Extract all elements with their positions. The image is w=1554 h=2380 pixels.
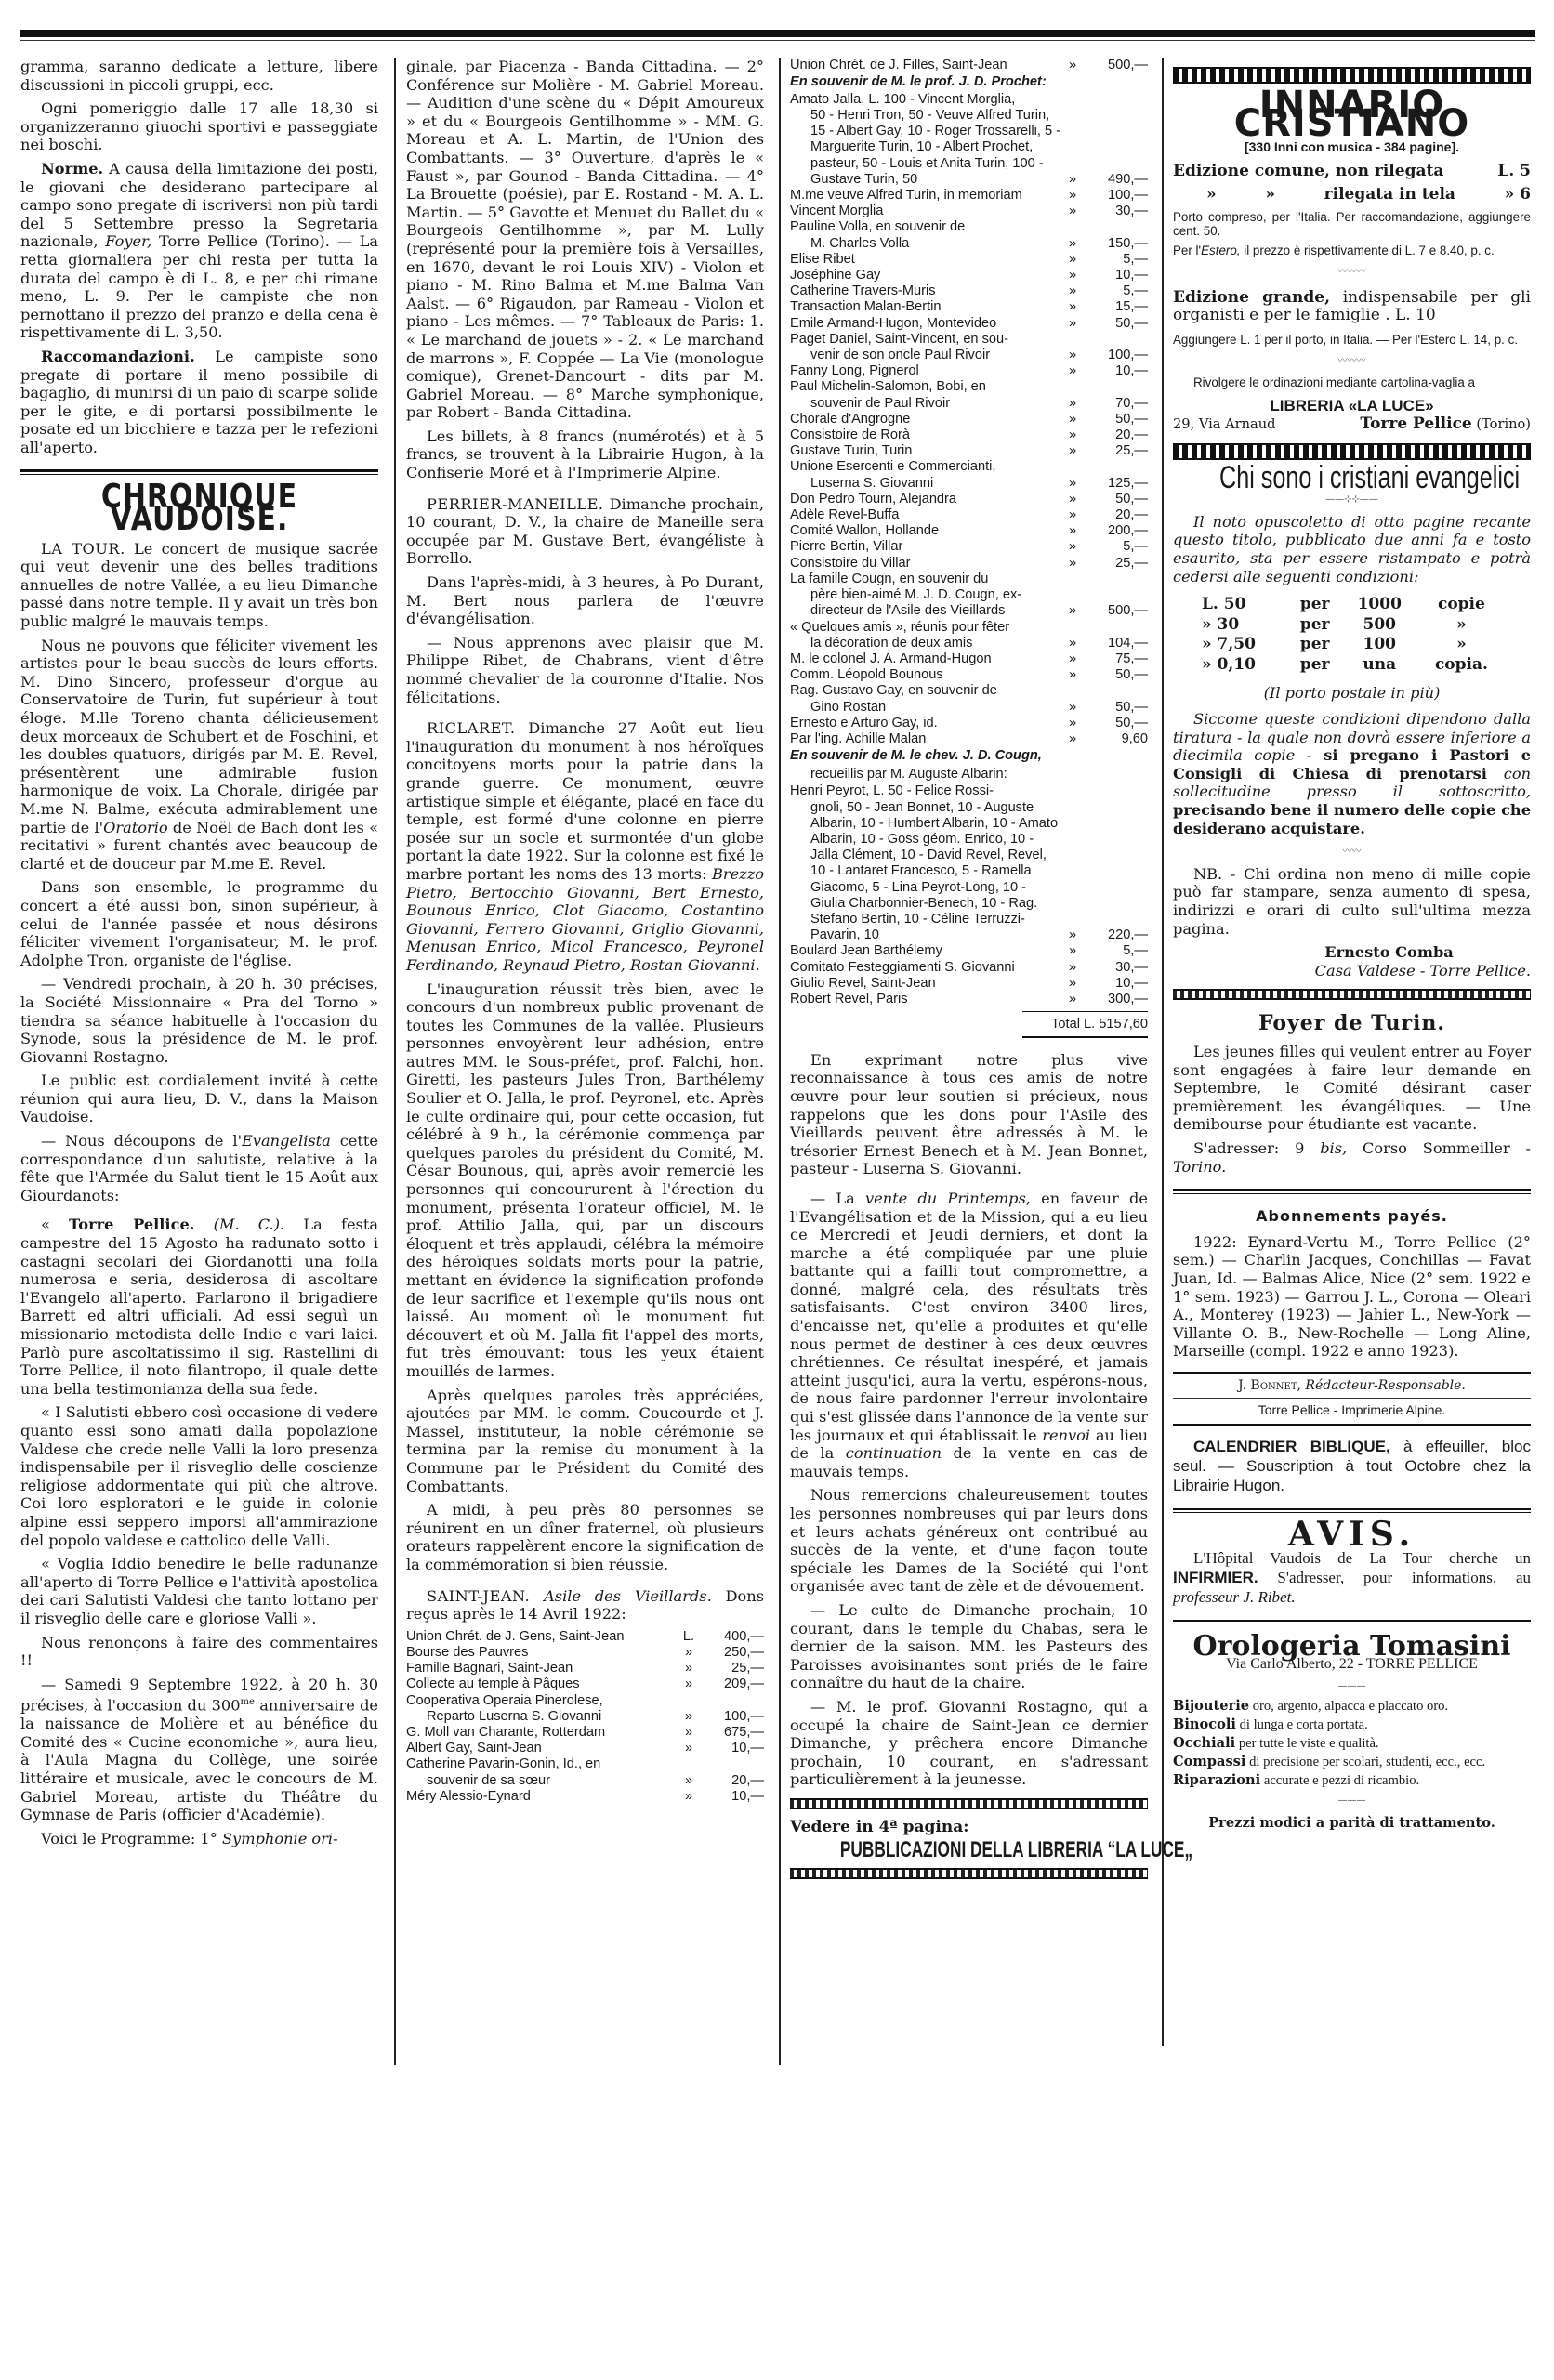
donor-name-text: Comité Wallon, Hollande: [790, 523, 939, 538]
price-cell: »: [1417, 635, 1506, 655]
place-heading: PERRIER-MANEILLE.: [427, 495, 604, 513]
ditto-mark: »: [1064, 363, 1081, 379]
orologeria-item: Riparazioni accurate e pezzi di ricambio…: [1173, 1773, 1531, 1788]
donor-name-text: « Quelques amis », réunis pour fêter: [790, 620, 1009, 635]
donation-amount: 25,—: [1081, 556, 1148, 572]
donation-amount: 220,—: [1081, 783, 1148, 943]
donation-row: Amato Jalla, L. 100 - Vincent Morglia,50…: [790, 92, 1148, 188]
donor-name: Catherine Travers-Muris: [790, 283, 1064, 299]
donation-amount: 10,—: [697, 1741, 764, 1756]
donor-name-text: Chorale d'Angrogne: [790, 412, 910, 427]
donation-amount: 100,—: [1081, 332, 1148, 363]
ditto-mark: »: [680, 1677, 697, 1692]
donor-name-cont: Luserna S. Giovanni: [790, 476, 1064, 492]
saint-jean-paragraph: SAINT-JEAN. Asile des Vieillards. Dons r…: [406, 1587, 764, 1624]
donation-row: Ernesto e Arturo Gay, id.»50,—: [790, 716, 1148, 731]
donation-row: Rag. Gustavo Gay, en souvenir deGino Ros…: [790, 683, 1148, 715]
donor-name-text: Famille Bagnari, Saint-Jean: [406, 1661, 573, 1676]
norme-paragraph: Norme. A causa della limitazione dei pos…: [20, 160, 378, 342]
donation-row: Comité Wallon, Hollande»200,—: [790, 523, 1148, 539]
paragraph: — Nous découpons de l'Evangelista cette …: [20, 1132, 378, 1204]
paragraph: En exprimant notre plus vive reconnaissa…: [790, 1051, 1148, 1178]
donor-name: Famille Bagnari, Saint-Jean: [406, 1661, 680, 1677]
item-key: Compassi: [1173, 1754, 1245, 1769]
column-2: ginale, par Piacenza - Banda Cittadina. …: [406, 58, 764, 1805]
donation-amount: 675,—: [697, 1725, 764, 1741]
paragraph: Siccome queste condizioni dipendono dall…: [1173, 710, 1531, 837]
price-cell: per: [1288, 615, 1342, 636]
innario-subtitle: [330 Inni con musica - 384 pagine].: [1173, 138, 1531, 157]
innario-title: INNARIO CRISTIANO: [1173, 97, 1531, 133]
price-row: Edizione comune, non rilegataL. 5: [1173, 163, 1531, 181]
donor-name-text: Paul Michelin-Salomon, Bobi, en: [790, 379, 986, 394]
donor-name-text: Paget Daniel, Saint-Vincent, en sou-: [790, 332, 1008, 347]
paragraph: NB. - Chi ordina non meno di mille copie…: [1173, 865, 1531, 938]
donation-row: Unione Esercenti e Commercianti,Luserna …: [790, 459, 1148, 491]
donor-name: Ernesto e Arturo Gay, id.: [790, 716, 1064, 731]
donation-row: Bourse des Pauvres»250,—: [406, 1645, 764, 1661]
ditto-mark: »: [1064, 651, 1081, 667]
price-row: » 7,50per100»: [1198, 635, 1506, 655]
donor-name-text: Fanny Long, Pignerol: [790, 363, 919, 378]
donations-total: Total L. 5157,60: [1022, 1011, 1148, 1034]
ditto-mark: »: [680, 1645, 697, 1661]
donor-name: Giulio Revel, Saint-Jean: [790, 976, 1064, 992]
donation-amount: 25,—: [697, 1661, 764, 1677]
ditto-mark: »: [1064, 716, 1081, 731]
paragraph: Il noto opuscoletto di otto pagine recan…: [1173, 513, 1531, 585]
price-cell: per: [1288, 595, 1342, 615]
donation-row: Don Pedro Tourn, Alejandra»50,—: [790, 492, 1148, 507]
donor-name-cont: souvenir de Paul Rivoir: [790, 396, 1064, 412]
donor-name-text: Consistoire de Rorà: [790, 427, 910, 442]
donation-amount: 250,—: [697, 1645, 764, 1661]
ditto-mark: »: [1064, 316, 1081, 332]
paragraph: Nous renonçons à faire des commentaires …: [20, 1634, 378, 1670]
donation-row: « Quelques amis », réunis pour fêterla d…: [790, 620, 1148, 651]
donor-name-text: Robert Revel, Paris: [790, 992, 908, 1006]
item-text: di lunga e corta portata.: [1236, 1717, 1368, 1732]
donor-name: Comm. Léopold Bounous: [790, 667, 1064, 683]
donor-name: Paget Daniel, Saint-Vincent, en sou-veni…: [790, 332, 1064, 363]
donor-name-text: Pauline Volla, en souvenir de: [790, 219, 965, 234]
column-1: gramma, saranno dedicate a letture, libe…: [20, 58, 378, 1853]
imprint: J. Bonnet, Rédacteur-Responsable. Torre …: [1173, 1372, 1531, 1426]
donor-name: Pauline Volla, en souvenir deM. Charles …: [790, 219, 1064, 251]
donation-row: Elise Ribet»5,—: [790, 252, 1148, 268]
ditto-mark: »: [1064, 539, 1081, 555]
donor-name-cont: 50 - Henri Tron, 50 - Veuve Alfred Turin…: [790, 108, 1064, 188]
donor-name: Chorale d'Angrogne: [790, 412, 1064, 427]
donation-row: Boulard Jean Barthélemy»5,—: [790, 943, 1148, 959]
paragraph: Ogni pomeriggio dalle 17 alle 18,30 si o…: [20, 99, 378, 154]
section-divider: [1173, 1189, 1531, 1194]
paragraph: S'adresser: 9 bis, Corso Sommeiller - To…: [1173, 1139, 1531, 1176]
donor-name: Joséphine Gay: [790, 268, 1064, 283]
donor-name: Adèle Revel-Buffa: [790, 507, 1064, 523]
donor-name-text: Consistoire du Villar: [790, 556, 911, 571]
item-text: accurate e pezzi di ricambio.: [1260, 1773, 1419, 1788]
donation-amount: 490,—: [1081, 92, 1148, 188]
donor-name: Collecte au temple à Pâques: [406, 1677, 680, 1692]
donation-amount: 15,—: [1081, 299, 1148, 315]
la-tour-paragraph: LA TOUR. Le concert de musique sacrée qu…: [20, 540, 378, 631]
donation-row: Robert Revel, Paris»300,—: [790, 992, 1148, 1007]
vedere-label: Vedere in 4ª pagina:: [790, 1819, 1148, 1837]
donation-amount: 50,—: [1081, 412, 1148, 427]
donation-row: Famille Bagnari, Saint-Jean»25,—: [406, 1661, 764, 1677]
donor-name-text: Joséphine Gay: [790, 268, 880, 283]
porto-note: (Il porto postale in più): [1173, 684, 1531, 703]
donation-row: Union Chrét. de J. Filles, Saint-Jean»50…: [790, 58, 1148, 73]
donor-name-text: Par l'ing. Achille Malan: [790, 731, 926, 746]
price-cell: »: [1417, 615, 1506, 636]
donation-amount: 5,—: [1081, 252, 1148, 268]
note: Per l'Estero, il prezzo è rispettivament…: [1173, 243, 1531, 257]
donor-name: Catherine Pavarin-Gonin, Id., ensouvenir…: [406, 1756, 680, 1788]
ornament-divider: [790, 1868, 1148, 1879]
donation-amount: 50,—: [1081, 316, 1148, 332]
paragraph: L'inauguration réussit très bien, avec l…: [406, 980, 764, 1381]
donor-name: Comité Wallon, Hollande: [790, 523, 1064, 539]
donor-name-text: M. le colonel J. A. Armand-Hugon: [790, 651, 992, 666]
item-text: di precisione per scolari, studenti, ecc…: [1245, 1755, 1485, 1769]
ditto-mark: »: [1064, 976, 1081, 992]
donation-amount: 20,—: [1081, 427, 1148, 443]
paragraph: — La vente du Printemps, en faveur de l'…: [790, 1190, 1148, 1481]
place-heading: RICLARET.: [427, 719, 515, 737]
price-cell: 1000: [1342, 595, 1417, 615]
ditto-mark: »: [1064, 92, 1081, 188]
price-cell: una: [1342, 655, 1417, 676]
donation-row: Comitato Festeggiamenti S. Giovanni»30,—: [790, 960, 1148, 976]
column-divider: [394, 58, 396, 2065]
paragraph: Dans l'après-midi, à 3 heures, à Po Dura…: [406, 573, 764, 628]
paragraph: — M. le prof. Giovanni Rostagno, qui a o…: [790, 1698, 1148, 1789]
donation-amount: 100,—: [697, 1693, 764, 1725]
top-rule: [20, 30, 1535, 37]
ditto-mark: »: [1064, 188, 1081, 204]
donor-name: M.me veuve Alfred Turin, in memoriam: [790, 188, 1064, 204]
ornament-divider: [790, 1798, 1148, 1809]
orologeria-address: Via Carlo Alberto, 22 - TORRE PELLICE: [1173, 1655, 1531, 1674]
chi-sono-title: Chi sono i cristiani evangelici: [1219, 469, 1484, 488]
donor-name-text: Adèle Revel-Buffa: [790, 507, 899, 522]
donor-name: Elise Ribet: [790, 252, 1064, 268]
ditto-mark: »: [1064, 299, 1081, 315]
donor-name-text: La famille Cougn, en souvenir du: [790, 572, 988, 586]
donor-name: Paul Michelin-Salomon, Bobi, ensouvenir …: [790, 379, 1064, 411]
libreria-address: 29, Via ArnaudTorre Pellice (Torino): [1173, 415, 1531, 434]
donor-name: Gustave Turin, Turin: [790, 443, 1064, 459]
donor-name: Amato Jalla, L. 100 - Vincent Morglia,50…: [790, 92, 1064, 188]
donor-name: Méry Alessio-Eynard: [406, 1789, 680, 1805]
price-row: » 0,10perunacopia.: [1198, 655, 1506, 676]
note: Rivolgere le ordinazioni mediante cartol…: [1173, 375, 1531, 389]
ditto-mark: »: [1064, 283, 1081, 299]
ditto-mark: »: [1064, 731, 1081, 747]
donation-amount: 10,—: [1081, 363, 1148, 379]
donor-name: Boulard Jean Barthélemy: [790, 943, 1064, 959]
donation-row: Adèle Revel-Buffa»20,—: [790, 507, 1148, 523]
donor-name-text: Méry Alessio-Eynard: [406, 1789, 531, 1804]
place-heading: SAINT-JEAN.: [427, 1587, 530, 1605]
ornament-divider: [1173, 67, 1531, 84]
norme-label: Norme.: [41, 160, 103, 178]
ditto-mark: »: [1064, 507, 1081, 523]
ditto-mark: »: [1064, 412, 1081, 427]
ditto-mark: »: [1064, 252, 1081, 268]
tilde-divider: 〰〰〰: [1173, 263, 1531, 282]
paragraph: 1922: Eynard-Vertu M., Torre Pellice (2°…: [1173, 1233, 1531, 1361]
donation-row: Cooperativa Operaia Pinerolese,Reparto L…: [406, 1693, 764, 1725]
donor-name-cont: Reparto Luserna S. Giovanni: [406, 1709, 680, 1725]
donations-table: Union Chrét. de J. Gens, Saint-JeanL.400…: [406, 1629, 764, 1805]
donation-row: Paul Michelin-Salomon, Bobi, ensouvenir …: [790, 379, 1148, 411]
donor-name-text: Henri Peyrot, L. 50 - Felice Rossi-: [790, 783, 994, 798]
column-divider: [1162, 58, 1164, 2046]
section-title-chronique-vaudoise: CHRONIQUE VAUDOISE.: [20, 487, 378, 531]
orologeria-title: Orologeria Tomasini: [1173, 1637, 1531, 1656]
item-key: Occhiali: [1173, 1735, 1235, 1751]
donor-name-text: Amato Jalla, L. 100 - Vincent Morglia,: [790, 92, 1015, 107]
paragraph: A midi, à peu près 80 personnes se réuni…: [406, 1501, 764, 1573]
paragraph: « Voglia Iddio benedire le belle radunan…: [20, 1555, 378, 1627]
avis-title: AVIS.: [1173, 1526, 1531, 1545]
donation-row: M. le colonel J. A. Armand-Hugon»75,—: [790, 651, 1148, 667]
donor-name-text: M.me veuve Alfred Turin, in memoriam: [790, 188, 1022, 203]
ditto-mark: »: [1064, 667, 1081, 683]
donation-row: Union Chrét. de J. Gens, Saint-JeanL.400…: [406, 1629, 764, 1645]
donation-row: Catherine Travers-Muris»5,—: [790, 283, 1148, 299]
donor-name-cont: la décoration de deux amis: [790, 636, 1064, 651]
donor-name: Albert Gay, Saint-Jean: [406, 1741, 680, 1756]
donation-amount: 5,—: [1081, 943, 1148, 959]
ditto-mark: »: [1064, 620, 1081, 651]
paragraph: Les billets, à 8 francs (numérotés) et à…: [406, 427, 764, 482]
donation-amount: 5,—: [1081, 283, 1148, 299]
paragraph: Voici le Programme: 1° Symphonie ori-: [20, 1830, 378, 1848]
donation-amount: 10,—: [1081, 268, 1148, 283]
donation-row: Joséphine Gay»10,—: [790, 268, 1148, 283]
item-text: per tutte le viste e qualità.: [1235, 1736, 1378, 1751]
orologeria-footer: Prezzi modici a parità di trattamento.: [1173, 1814, 1531, 1833]
ditto-mark: »: [1064, 427, 1081, 443]
copies-price-table: L. 50per1000copie» 30per500»» 7,50per100…: [1198, 595, 1506, 675]
donor-name: M. le colonel J. A. Armand-Hugon: [790, 651, 1064, 667]
donation-row: Chorale d'Angrogne»50,—: [790, 412, 1148, 427]
ditto-mark: »: [1064, 204, 1081, 219]
orologeria-items: Bijouterie oro, argento, alpacca e placc…: [1173, 1699, 1531, 1788]
donation-row: Fanny Long, Pignerol»10,—: [790, 363, 1148, 379]
donor-name: Robert Revel, Paris: [790, 992, 1064, 1007]
donor-name: Transaction Malan-Bertin: [790, 299, 1064, 315]
donor-name: Emile Armand-Hugon, Montevideo: [790, 316, 1064, 332]
raccomandazioni-label: Raccomandazioni.: [41, 348, 195, 365]
donor-name-text: Rag. Gustavo Gay, en souvenir de: [790, 683, 997, 698]
ditto-mark: »: [680, 1661, 697, 1677]
paragraph: — Samedi 9 Septembre 1922, à 20 h. 30 pr…: [20, 1676, 378, 1824]
ditto-mark: »: [1064, 379, 1081, 411]
donation-row: Collecte au temple à Pâques»209,—: [406, 1677, 764, 1692]
donor-name-text: Boulard Jean Barthélemy: [790, 943, 942, 958]
donation-amount: 50,—: [1081, 492, 1148, 507]
donation-amount: 400,—: [697, 1629, 764, 1645]
item-key: Binocoli: [1173, 1716, 1236, 1732]
price-cell: 100: [1342, 635, 1417, 655]
programme-paragraph: ginale, par Piacenza - Banda Cittadina. …: [406, 58, 764, 422]
donation-row: Vincent Morglia»30,—: [790, 204, 1148, 219]
donation-row: Pierre Bertin, Villar»5,—: [790, 539, 1148, 555]
ditto-mark: L.: [680, 1629, 697, 1645]
donor-name: La famille Cougn, en souvenir dupère bie…: [790, 572, 1064, 620]
edizione-grande: Edizione grande, indispensabile per gli …: [1173, 289, 1531, 325]
ditto-mark: »: [1064, 960, 1081, 976]
donation-amount: 10,—: [1081, 976, 1148, 992]
column-divider: [779, 58, 781, 2065]
price-cell: per: [1288, 655, 1342, 676]
donation-row: Giulio Revel, Saint-Jean»10,—: [790, 976, 1148, 992]
donation-row: G. Moll van Charante, Rotterdam»675,—: [406, 1725, 764, 1741]
donor-name: G. Moll van Charante, Rotterdam: [406, 1725, 680, 1741]
libreria-name: LIBRERIA «LA LUCE»: [1173, 397, 1531, 415]
donor-name: Consistoire de Rorà: [790, 427, 1064, 443]
donor-name: Par l'ing. Achille Malan: [790, 731, 1064, 747]
donation-row: Albert Gay, Saint-Jean»10,—: [406, 1741, 764, 1756]
donor-name: Rag. Gustavo Gay, en souvenir deGino Ros…: [790, 683, 1064, 715]
donor-name: Fanny Long, Pignerol: [790, 363, 1064, 379]
donation-amount: 200,—: [1081, 523, 1148, 539]
paragraph: — Vendredi prochain, à 20 h. 30 précises…: [20, 975, 378, 1066]
place-heading: LA TOUR.: [41, 540, 125, 558]
donor-name-cont: venir de son oncle Paul Rivoir: [790, 348, 1064, 363]
paragraph: L'Hôpital Vaudois de La Tour cherche un …: [1173, 1548, 1531, 1607]
donation-row: Gustave Turin, Turin»25,—: [790, 443, 1148, 459]
donation-row: Emile Armand-Hugon, Montevideo»50,—: [790, 316, 1148, 332]
donor-name-text: Cooperativa Operaia Pinerolese,: [406, 1693, 603, 1708]
donor-name: « Quelques amis », réunis pour fêterla d…: [790, 620, 1064, 651]
price-cell: copia.: [1417, 655, 1506, 676]
ditto-mark: »: [1064, 219, 1081, 251]
donor-name: Comitato Festeggiamenti S. Giovanni: [790, 960, 1064, 976]
donor-name-text: Vincent Morglia: [790, 204, 883, 218]
paragraph: gramma, saranno dedicate a letture, libe…: [20, 58, 378, 94]
donation-row: Par l'ing. Achille Malan»9,60: [790, 731, 1148, 747]
ditto-mark: »: [680, 1693, 697, 1725]
donor-name-text: Elise Ribet: [790, 252, 855, 267]
ditto-mark: »: [1064, 943, 1081, 959]
donation-row: Henri Peyrot, L. 50 - Felice Rossi-gnoli…: [790, 783, 1148, 943]
donor-name-text: Catherine Travers-Muris: [790, 283, 936, 298]
donor-name-text: Union Chrét. de J. Gens, Saint-Jean: [406, 1629, 624, 1644]
price-cell: copie: [1417, 595, 1506, 615]
foyer-title: Foyer de Turin.: [1173, 1015, 1531, 1033]
donor-name-text: Emile Armand-Hugon, Montevideo: [790, 316, 996, 331]
donation-amount: 209,—: [697, 1677, 764, 1692]
tilde-divider: ———: [1173, 1792, 1531, 1810]
orologeria-item: Compassi di precisione per scolari, stud…: [1173, 1755, 1531, 1769]
donation-amount: 30,—: [1081, 204, 1148, 219]
ditto-mark: »: [680, 1741, 697, 1756]
price-cell: 500: [1342, 615, 1417, 636]
ditto-mark: »: [1064, 58, 1081, 73]
price-cell: » 7,50: [1198, 635, 1288, 655]
column-4: INNARIO CRISTIANO [330 Inni con musica -…: [1173, 58, 1531, 1833]
paragraph: « I Salutisti ebbero così occasione di v…: [20, 1403, 378, 1549]
donation-row: M.me veuve Alfred Turin, in memoriam»100…: [790, 188, 1148, 204]
donations-table: Union Chrét. de J. Filles, Saint-Jean»50…: [790, 58, 1148, 73]
item-key: Riparazioni: [1173, 1772, 1260, 1788]
orologeria-item: Binocoli di lunga e corta portata.: [1173, 1717, 1531, 1732]
donor-name: Union Chrét. de J. Filles, Saint-Jean: [790, 58, 1064, 73]
donation-amount: 150,—: [1081, 219, 1148, 251]
raccomandazioni-paragraph: Raccomandazioni. Le campiste sono pregat…: [20, 348, 378, 457]
donor-name-text: Transaction Malan-Bertin: [790, 299, 942, 314]
donor-name-text: Pierre Bertin, Villar: [790, 539, 902, 554]
donation-row: Méry Alessio-Eynard»10,—: [406, 1789, 764, 1805]
donation-row: Consistoire de Rorà»20,—: [790, 427, 1148, 443]
donation-row: Pauline Volla, en souvenir deM. Charles …: [790, 219, 1148, 251]
donor-name-cont: Gino Rostan: [790, 700, 1064, 716]
donor-name-text: Don Pedro Tourn, Alejandra: [790, 492, 956, 506]
total-rule: [1022, 1036, 1148, 1038]
donor-name-text: Albert Gay, Saint-Jean: [406, 1741, 542, 1755]
ditto-mark: »: [1064, 523, 1081, 539]
donation-row: Transaction Malan-Bertin»15,—: [790, 299, 1148, 315]
ditto-mark: »: [1064, 556, 1081, 572]
donor-name-text: Comm. Léopold Bounous: [790, 667, 943, 682]
donation-row: Paget Daniel, Saint-Vincent, en sou-veni…: [790, 332, 1148, 363]
donor-name: Cooperativa Operaia Pinerolese,Reparto L…: [406, 1693, 680, 1725]
donation-amount: 9,60: [1081, 731, 1148, 747]
donation-row: La famille Cougn, en souvenir dupère bie…: [790, 572, 1148, 620]
paragraph: Les jeunes filles qui veulent entrer au …: [1173, 1043, 1531, 1134]
donor-name: Pierre Bertin, Villar: [790, 539, 1064, 555]
paragraph: Dans son ensemble, le programme du conce…: [20, 878, 378, 969]
donation-amount: 104,—: [1081, 620, 1148, 651]
ditto-mark: »: [1064, 459, 1081, 491]
price-cell: L. 50: [1198, 595, 1288, 615]
donation-amount: 25,—: [1081, 443, 1148, 459]
donation-amount: 20,—: [1081, 507, 1148, 523]
torre-pellice-quote: « Torre Pellice. (M. C.). La festa campe…: [20, 1216, 378, 1398]
donation-row: Consistoire du Villar»25,—: [790, 556, 1148, 572]
donation-amount: 125,—: [1081, 459, 1148, 491]
ornament-divider: [1173, 989, 1531, 1000]
donation-amount: 75,—: [1081, 651, 1148, 667]
donor-name-text: Giulio Revel, Saint-Jean: [790, 976, 936, 991]
donation-amount: 5,—: [1081, 539, 1148, 555]
ditto-mark: »: [1064, 683, 1081, 715]
donation-amount: 50,—: [1081, 683, 1148, 715]
ditto-mark: »: [1064, 992, 1081, 1007]
price-cell: » 30: [1198, 615, 1288, 636]
price-row: » 30per500»: [1198, 615, 1506, 636]
signature: Ernesto Comba: [1173, 943, 1531, 962]
donor-name-text: Catherine Pavarin-Gonin, Id., en: [406, 1756, 600, 1771]
donations-subheading: En souvenir de M. le prof. J. D. Prochet…: [790, 73, 1148, 92]
ditto-mark: »: [680, 1789, 697, 1805]
donation-amount: 50,—: [1081, 667, 1148, 683]
donations-table: Henri Peyrot, L. 50 - Felice Rossi-gnoli…: [790, 783, 1148, 943]
tilde-divider: ———: [1173, 1677, 1531, 1696]
donor-name: Union Chrét. de J. Gens, Saint-Jean: [406, 1629, 680, 1645]
donor-name-text: Collecte au temple à Pâques: [406, 1677, 580, 1691]
donor-name: Henri Peyrot, L. 50 - Felice Rossi-gnoli…: [790, 783, 1064, 943]
donor-name: Vincent Morglia: [790, 204, 1064, 219]
note: Aggiungere L. 1 per il porto, in Italia.…: [1173, 333, 1531, 347]
top-rule-thin: [20, 40, 1535, 41]
